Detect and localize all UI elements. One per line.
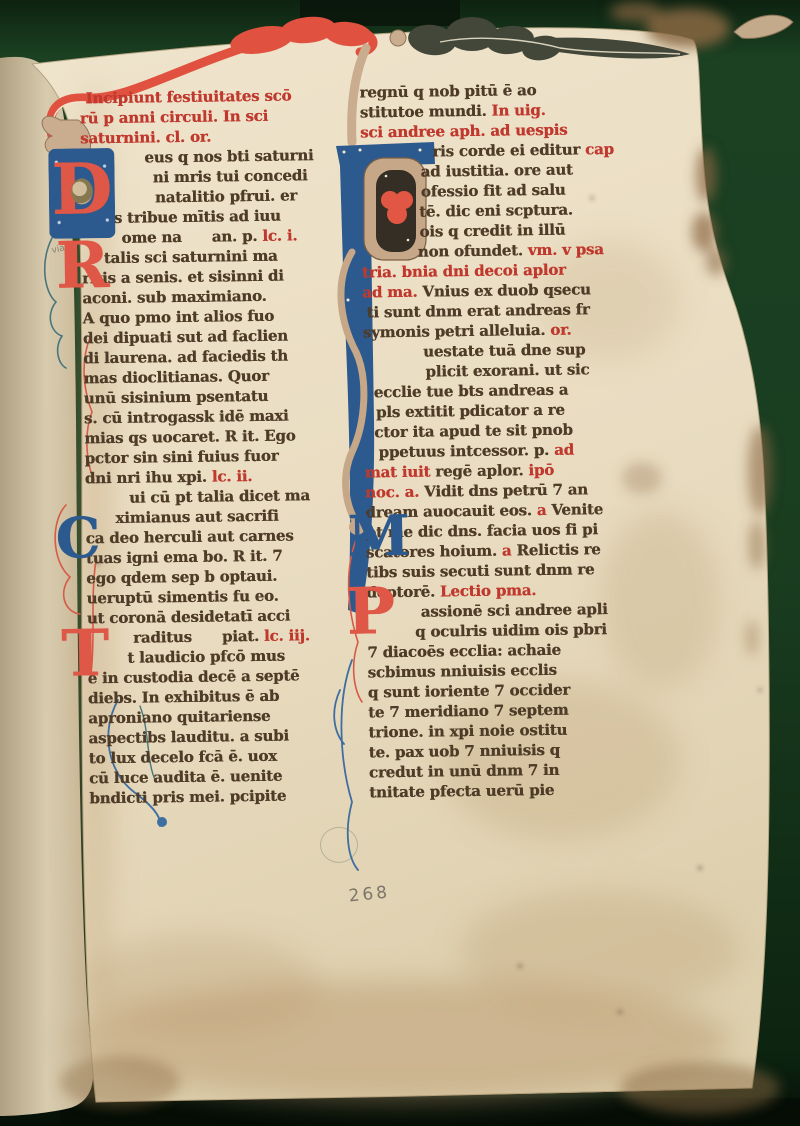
text-line: non ofundet. vm. v psa <box>362 239 624 263</box>
body-text: raditus piat. <box>133 627 264 647</box>
body-text: regnū q nob pitū ē ao <box>359 81 536 101</box>
body-text: Relictis re <box>516 540 600 559</box>
body-text: ui cū pt talia dicet ma <box>129 486 310 507</box>
rubric-text: In uig. <box>491 101 545 120</box>
body-text: t laudicio pfcō mus <box>127 647 285 667</box>
rubric-text: ad <box>554 441 574 459</box>
initial-p: P <box>346 580 395 645</box>
body-text: Vnius ex duob qsecu <box>422 280 591 300</box>
rubric-text: sci andree aph. ad uespis <box>360 121 568 142</box>
body-text: di laurena. ad faciedis th <box>83 347 288 368</box>
text-line: ris corde ei editur cap <box>360 139 622 163</box>
body-text: stitutoe mundi. <box>360 102 492 122</box>
rubric-text: mat iuit <box>365 463 436 482</box>
body-text: ofessio fit ad salu <box>421 181 566 201</box>
body-text: ego qdem sep b optaui. <box>86 567 277 588</box>
rubric-text: Incipiunt festiuitates scō <box>85 86 291 107</box>
body-text: ome na an. p. <box>121 227 262 247</box>
text-line: tnitate pfecta uerū pie <box>369 779 631 803</box>
body-text: bndicti pris mei. pcipite <box>89 787 286 808</box>
body-text: talis sci saturnini ma <box>104 247 278 267</box>
rubric-text: ipō <box>528 461 554 479</box>
faint-stamp <box>320 827 358 864</box>
body-text: ritis a senis. et sisinni di <box>82 267 284 288</box>
body-text: te. pax uob 7 nniuisis q <box>369 741 560 762</box>
rubric-text: ad ma. <box>362 283 422 302</box>
body-text: eus q nos bti saturni <box>144 146 313 166</box>
body-text: ni mris tui concedi <box>153 166 308 186</box>
body-text: aconi. sub maximiano. <box>82 287 266 308</box>
rubric-text: lc. iij. <box>264 626 310 645</box>
body-text: ueruptū simentis fu eo. <box>86 587 278 608</box>
body-text: nos tribue mītis ad iuu <box>93 207 281 228</box>
initial-d-gold-center <box>71 178 93 204</box>
body-text: ca deo herculi aut carnes <box>86 526 294 547</box>
body-text: dni nri ihu xpi. <box>85 468 212 488</box>
left-column-text: Incipiunt festiuitates scōrū p anni circ… <box>79 85 345 809</box>
body-text: aproniano quitariense <box>88 707 270 728</box>
body-text: tē. dic eni scptura. <box>419 201 573 221</box>
initial-m: M <box>347 508 410 565</box>
body-text: mias qs uocaret. R it. Ego <box>84 426 295 447</box>
rubric-text: tria. bnia dni decoi aplor <box>362 261 566 282</box>
body-text: ē in custodia decē a septē <box>87 666 299 687</box>
body-text: tuas igni ema bo. R it. 7 <box>86 547 283 568</box>
body-text: cū luce audita ē. uenite <box>89 767 282 788</box>
body-text: ppetuus intcessor. p. <box>378 441 554 461</box>
body-text: s. cū introgassk idē maxi <box>84 407 289 428</box>
rubric-text: lc. i. <box>262 226 297 244</box>
body-text: scbimus nniuisis ecclis <box>367 661 556 682</box>
body-text: ris corde ei editur <box>432 140 585 160</box>
body-text: dei dipuati sut ad faclien <box>83 327 288 348</box>
right-column-text: regnū q nob pitū ē aostitutoe mundi. In … <box>359 79 631 803</box>
body-text: Vidit dns petrū 7 an <box>424 480 588 500</box>
folio-number: 268 <box>348 882 391 906</box>
rubric-text: cap <box>585 140 614 158</box>
rubric-text: a <box>502 541 517 559</box>
body-text: diebs. In exhibitus ē ab <box>88 687 279 708</box>
text-line: plicit exorani. ut sic <box>363 359 625 383</box>
body-text: unū sisinium psentatu <box>84 387 269 408</box>
rubric-text: a <box>537 501 552 519</box>
body-text: aspectibs lauditu. a subi <box>88 727 289 748</box>
body-text: Venite <box>551 500 603 519</box>
body-text: plicit exorani. ut sic <box>425 360 589 380</box>
body-text: ut coronā desidetatī acci <box>87 607 291 628</box>
text-line: ui cū pt talia dicet ma <box>85 485 341 509</box>
body-text: ois q credit in illū <box>419 221 565 241</box>
body-text: non ofundet. <box>418 241 528 261</box>
body-text: mas dioclitianas. Quor <box>83 367 269 388</box>
body-text: natalitio pfrui. er <box>155 186 297 206</box>
body-text: regē aplor. <box>435 461 528 480</box>
body-text: uestate tuā dne sup <box>423 340 585 360</box>
text-layer: Incipiunt festiuitates scōrū p anni circ… <box>0 0 800 1126</box>
body-text: q oculris uidim ois pbri <box>415 620 607 641</box>
body-text: ad iustitia. ore aut <box>420 161 572 181</box>
body-text: symonis petri alleluia. <box>363 321 551 342</box>
text-line: raditus piat. lc. iij. <box>87 625 343 649</box>
body-text: q sunt ioriente 7 occider <box>368 681 570 702</box>
body-text: ecclie tue bts andreas a <box>374 381 569 402</box>
rubric-text: saturnini. cl. or. <box>80 128 211 148</box>
body-text: te 7 meridiano 7 septem <box>368 701 569 722</box>
body-text: A quo pmo int alios fuo <box>82 307 274 328</box>
body-text: tnitate pfecta uerū pie <box>369 781 554 802</box>
text-line: bndicti pris mei. pcipite <box>89 785 345 809</box>
initial-t: T <box>61 622 110 687</box>
rubric-text: rū p anni circuli. In sci <box>80 107 268 128</box>
body-text: 7 diacoēs ecclia: achaie <box>367 641 561 662</box>
rubric-text: lc. ii. <box>212 467 253 486</box>
manuscript-scan: Incipiunt festiuitates scōrū p anni circ… <box>0 0 800 1126</box>
initial-d: D <box>48 148 115 239</box>
initial-c: C <box>55 510 100 567</box>
text-line: q oculris uidim ois pbri <box>367 619 629 643</box>
body-text: pctor sin sini fuius fuor <box>84 447 278 468</box>
rubric-text: Lectio pma. <box>440 581 536 600</box>
body-text: credut in unū dnm 7 in <box>369 761 559 782</box>
body-text: ti sunt dnm erat andreas fr <box>366 300 589 321</box>
body-text: pls extitit pdicator a re <box>376 401 565 422</box>
body-text: ctor ita apud te sit pnob <box>374 421 573 442</box>
body-text: ximianus aut sacrifi <box>115 507 278 527</box>
body-text: to lux decelo fcā ē. uox <box>89 747 277 768</box>
body-text: assionē sci andree apli <box>421 600 608 621</box>
rubric-text: or. <box>550 321 571 339</box>
text-line: ti sunt dnm erat andreas fr <box>362 299 624 323</box>
rubric-text: noc. a. <box>365 483 424 502</box>
text-line: ni mris tui concedi <box>81 165 337 189</box>
body-text: trione. in xpi noie ostitu <box>368 721 567 742</box>
rubric-text: vm. v psa <box>528 240 604 259</box>
